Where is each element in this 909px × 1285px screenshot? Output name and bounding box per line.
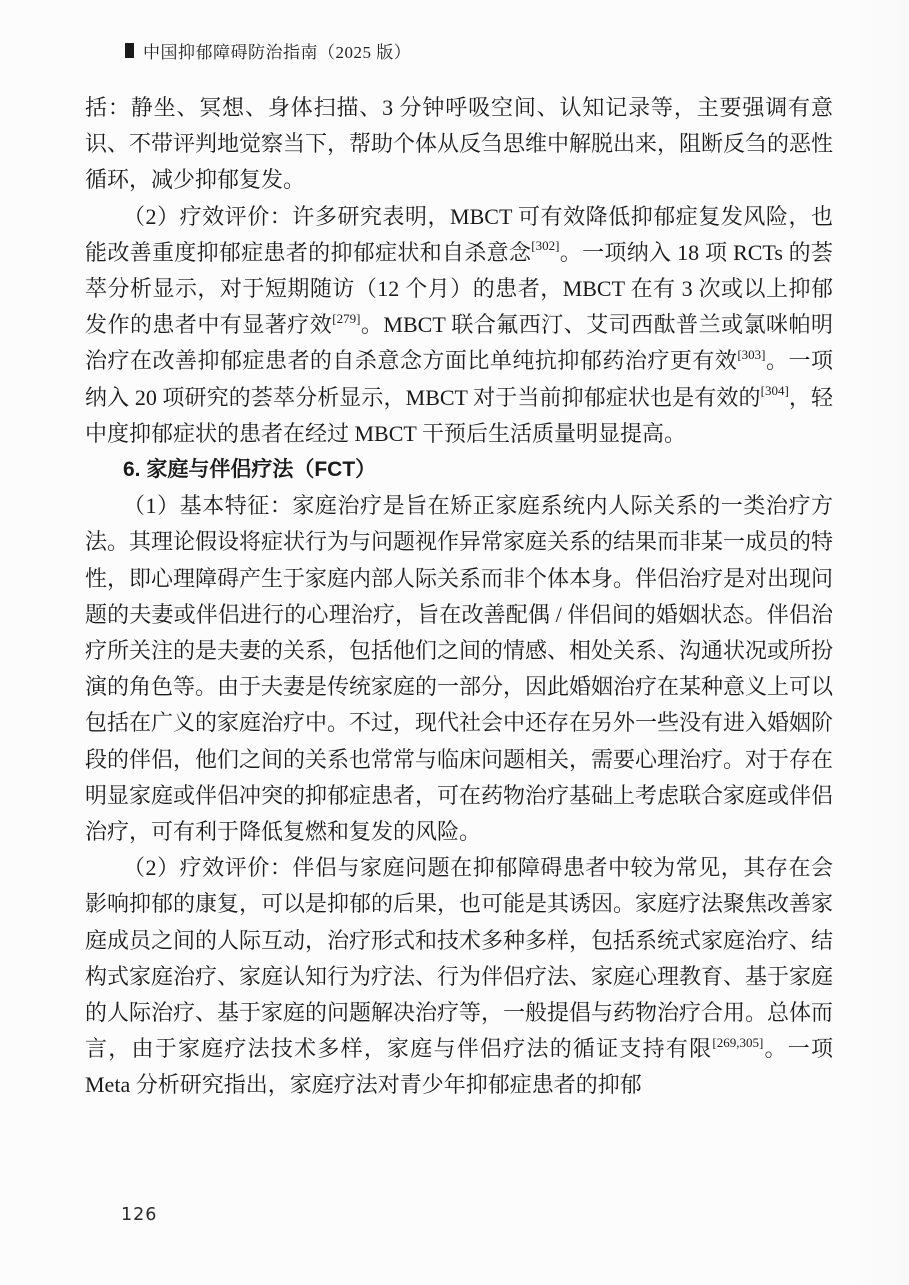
page-header: 中国抑郁障碍防治指南（2025 版） bbox=[125, 38, 411, 63]
paragraph-fct-features: （1）基本特征：家庭治疗是旨在矫正家庭系统内人际关系的一类治疗方法。其理论假设将… bbox=[85, 488, 833, 850]
citation-ref: [304] bbox=[761, 383, 789, 398]
citation-ref: [269,305] bbox=[712, 1035, 763, 1050]
header-square-icon bbox=[125, 43, 134, 58]
paragraph-mbct-features-continued: 括：静坐、冥想、身体扫描、3 分钟呼吸空间、认知记录等，主要强调有意识、不带评判… bbox=[85, 90, 833, 199]
page-footer: 126 bbox=[121, 1205, 157, 1225]
heading-fct: 6. 家庭与伴侣疗法（FCT） bbox=[85, 452, 833, 488]
book-title: 中国抑郁障碍防治指南（2025 版） bbox=[143, 38, 411, 63]
citation-ref: [302] bbox=[531, 238, 559, 253]
document-page: 中国抑郁障碍防治指南（2025 版） 括：静坐、冥想、身体扫描、3 分钟呼吸空间… bbox=[0, 0, 909, 1285]
citation-ref: [279] bbox=[332, 311, 360, 326]
citation-ref: [303] bbox=[737, 347, 765, 362]
paragraph-mbct-efficacy: （2）疗效评价：许多研究表明，MBCT 可有效降低抑郁症复发风险，也能改善重度抑… bbox=[85, 199, 833, 452]
page-number: 126 bbox=[121, 1205, 157, 1225]
page-body: 括：静坐、冥想、身体扫描、3 分钟呼吸空间、认知记录等，主要强调有意识、不带评判… bbox=[85, 90, 833, 1104]
paragraph-fct-efficacy: （2）疗效评价：伴侣与家庭问题在抑郁障碍患者中较为常见，其存在会影响抑郁的康复，… bbox=[85, 850, 833, 1103]
